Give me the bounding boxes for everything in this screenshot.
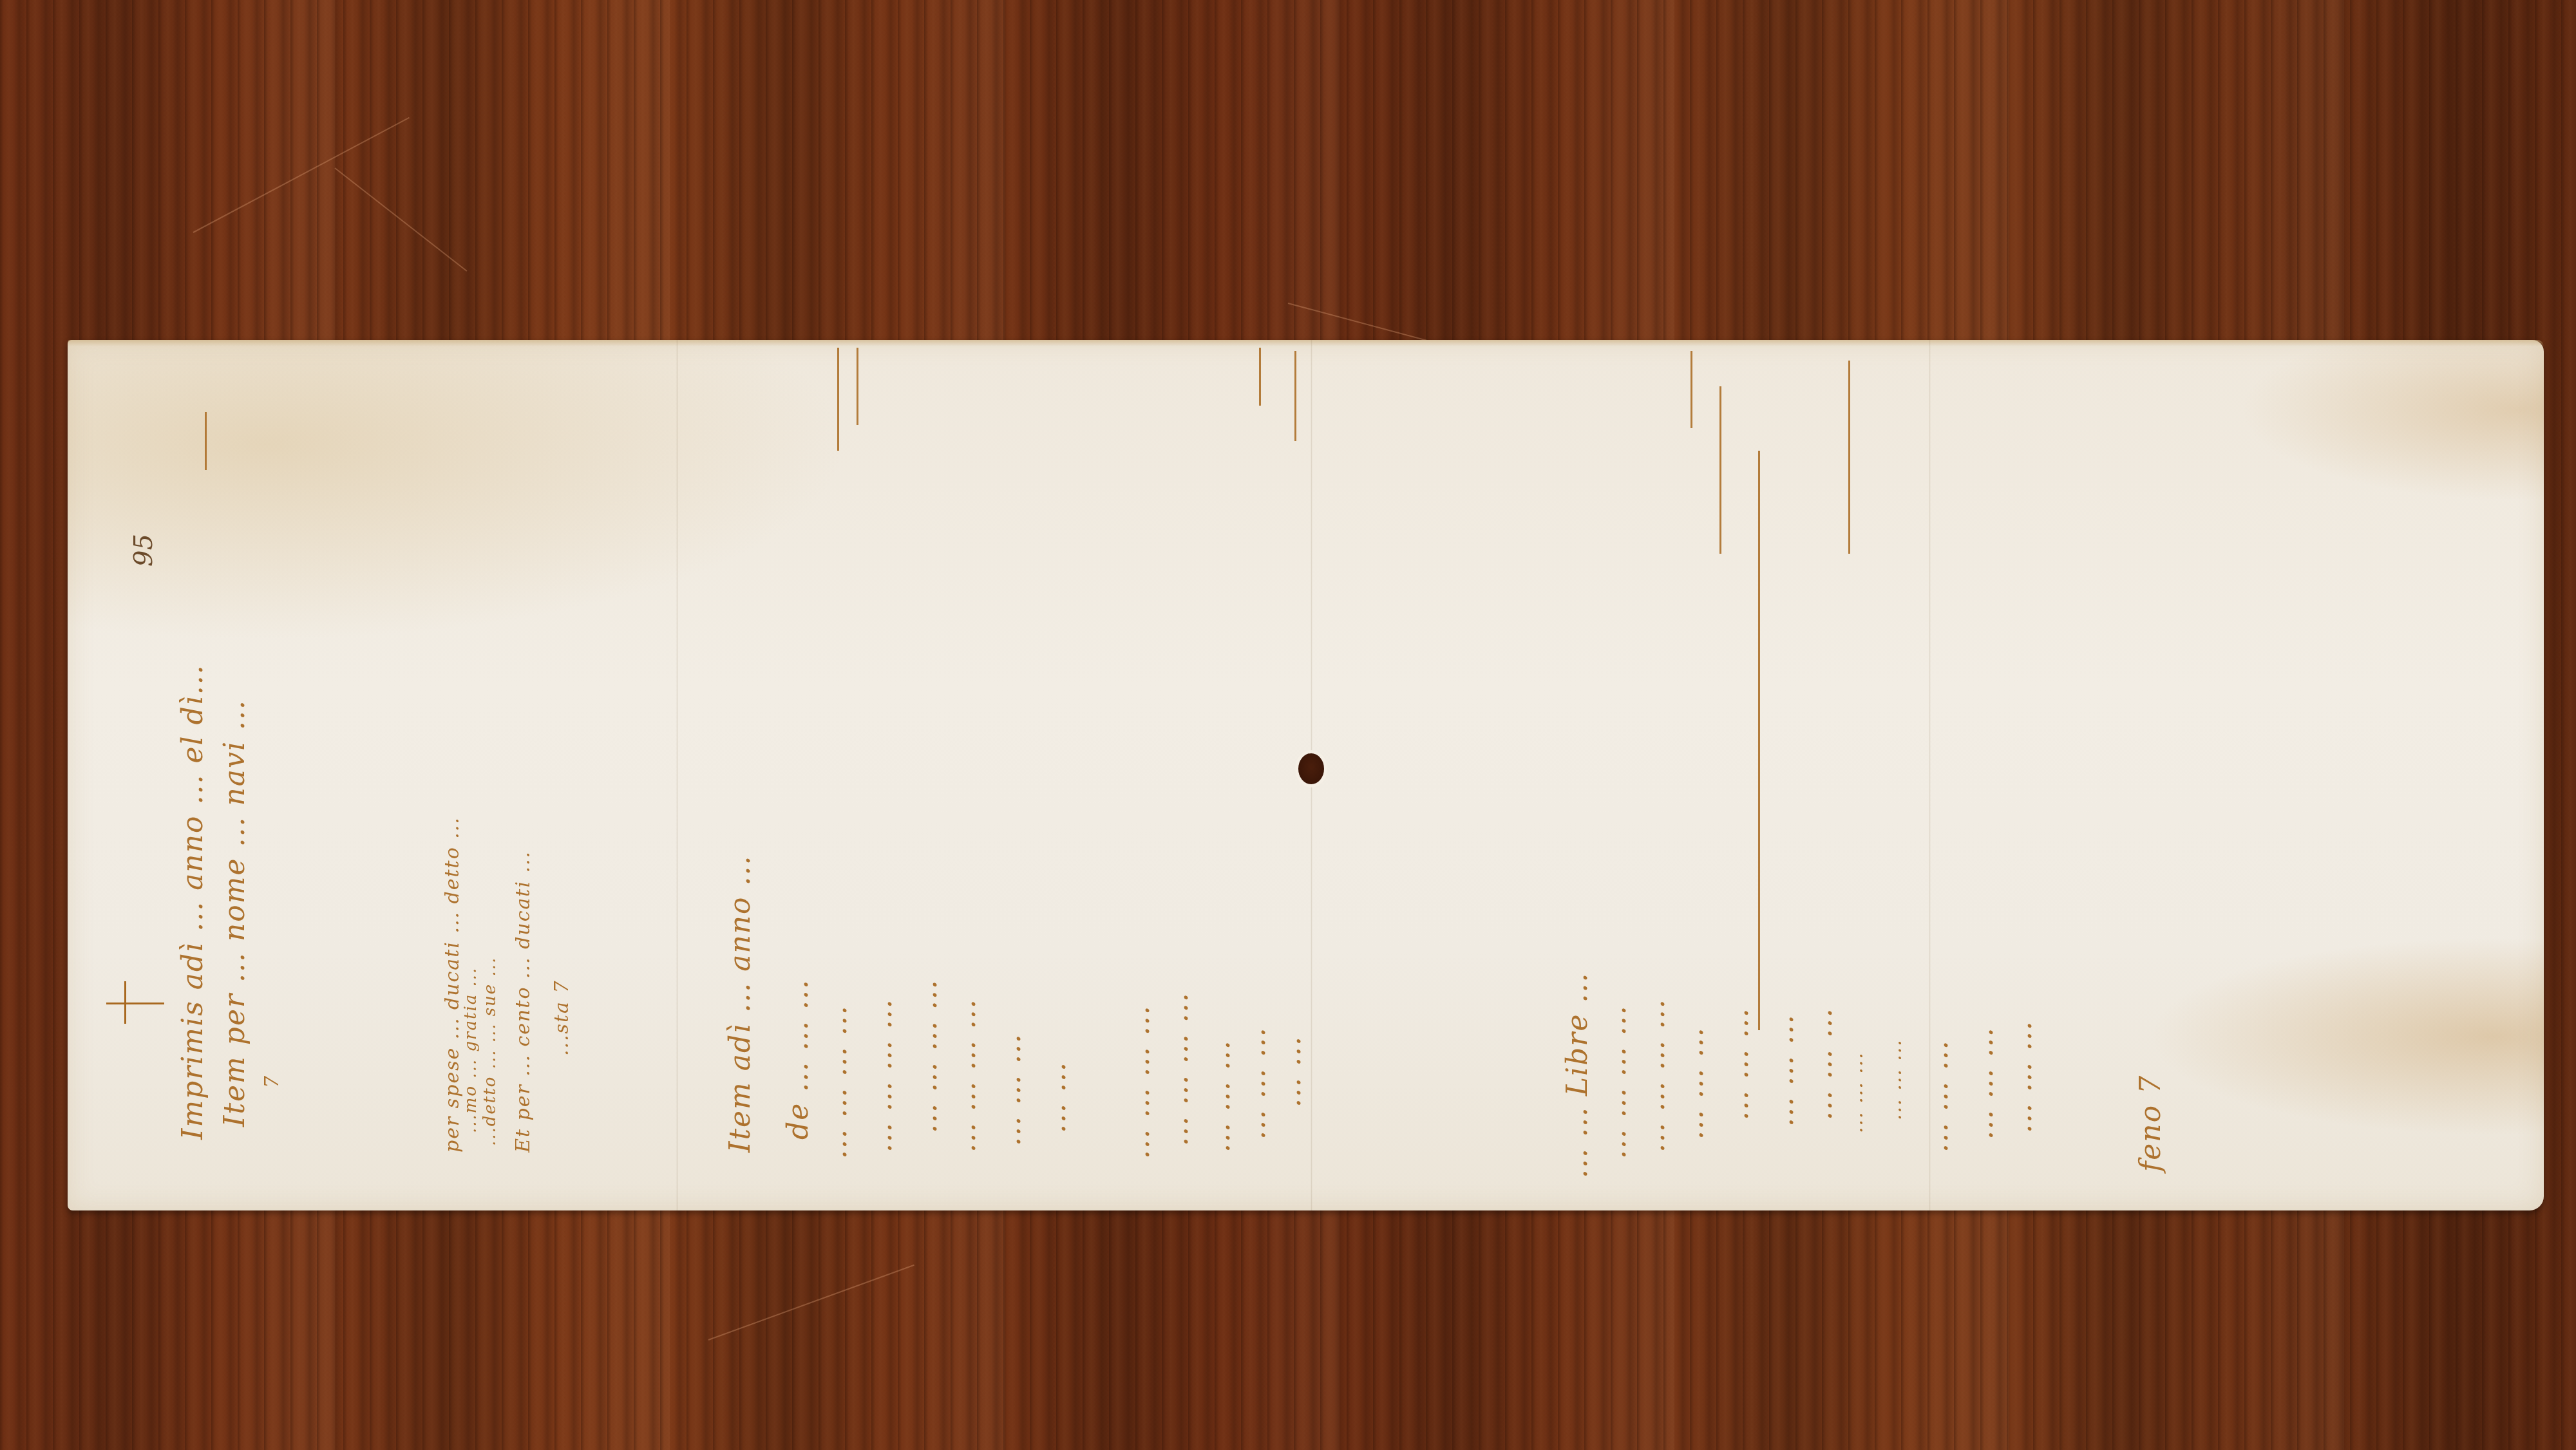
manuscript-line: Imprimis adì ... anno ... el dì... <box>179 664 207 1140</box>
manuscript-line: ... ... <box>1042 1061 1070 1133</box>
manuscript-line: de ... ... ... <box>784 979 813 1140</box>
ink-flourish <box>1690 351 1692 428</box>
ink-flourish <box>1294 351 1296 441</box>
manuscript-line: ... ... ... <box>997 1033 1025 1146</box>
manuscript-line: ... ... ... ... <box>1126 1004 1154 1159</box>
manuscript-line: ... ... ... ... <box>823 1004 851 1159</box>
manuscript-line: Item adì ... anno ... <box>726 854 755 1153</box>
ink-flourish <box>857 348 858 425</box>
manuscript-line: ... ... ... ... <box>952 998 980 1153</box>
manuscript-line: ... ... ... <box>1808 1007 1837 1120</box>
manuscript-line: ...mo ... gratia ... <box>462 967 479 1133</box>
fold-crease <box>676 340 678 1210</box>
ink-flourish <box>837 348 839 451</box>
manuscript-line: ... ... ... ... <box>913 979 942 1133</box>
manuscript-line: ... ... <box>1277 1035 1305 1107</box>
manuscript-line: Item per ... nome ... navi ... <box>221 699 249 1127</box>
manuscript-line: ...sta 7 <box>553 979 572 1056</box>
manuscript-line: ... ... ... <box>1924 1039 1953 1153</box>
ink-flourish <box>1758 451 1760 1030</box>
manuscript-line: ... ... ... ... <box>1602 1004 1631 1159</box>
manuscript-line: ... ... ... ... <box>1164 992 1193 1146</box>
ink-flourish <box>1259 348 1261 406</box>
manuscript-line: ... ... ... <box>2008 1020 2036 1133</box>
manuscript-line: ... ... ... <box>1242 1026 1270 1140</box>
wood-scratch <box>193 117 410 233</box>
manuscript-line: ...detto ... ... sue ... <box>482 957 498 1146</box>
manuscript-line: 7 <box>263 1075 282 1088</box>
manuscript-line: ... ... ... <box>1680 1026 1708 1140</box>
manuscript-line: ... ... ... <box>1847 1051 1866 1133</box>
manuscript-line: ... ... ... ... <box>868 998 896 1153</box>
manuscript-line: ... ... ... <box>1770 1013 1798 1127</box>
ink-flourish <box>205 412 207 470</box>
folio-number: 95 <box>129 534 158 567</box>
ink-flourish <box>1848 361 1850 554</box>
wood-scratch <box>708 1265 914 1341</box>
manuscript-line: feno 7 <box>2137 1075 2165 1172</box>
manuscript-line: ... ... ... <box>1206 1039 1235 1153</box>
manuscript-line: ... ... Libre ... <box>1564 972 1592 1178</box>
ink-flourish <box>1719 386 1721 554</box>
manuscript-line: ... ... ... ... <box>1641 998 1669 1153</box>
manuscript-line: Et per ... cento ... ducati ... <box>514 851 533 1153</box>
manuscript-line: ... ... ... <box>1886 1039 1905 1120</box>
manuscript-line: per spese ... ducati ... detto ... <box>443 816 462 1153</box>
wood-scratch <box>334 167 467 272</box>
manuscript-line: ... ... ... <box>1969 1026 1998 1140</box>
manuscript-line: ... ... ... <box>1725 1007 1753 1120</box>
paper-hole <box>1298 753 1324 784</box>
